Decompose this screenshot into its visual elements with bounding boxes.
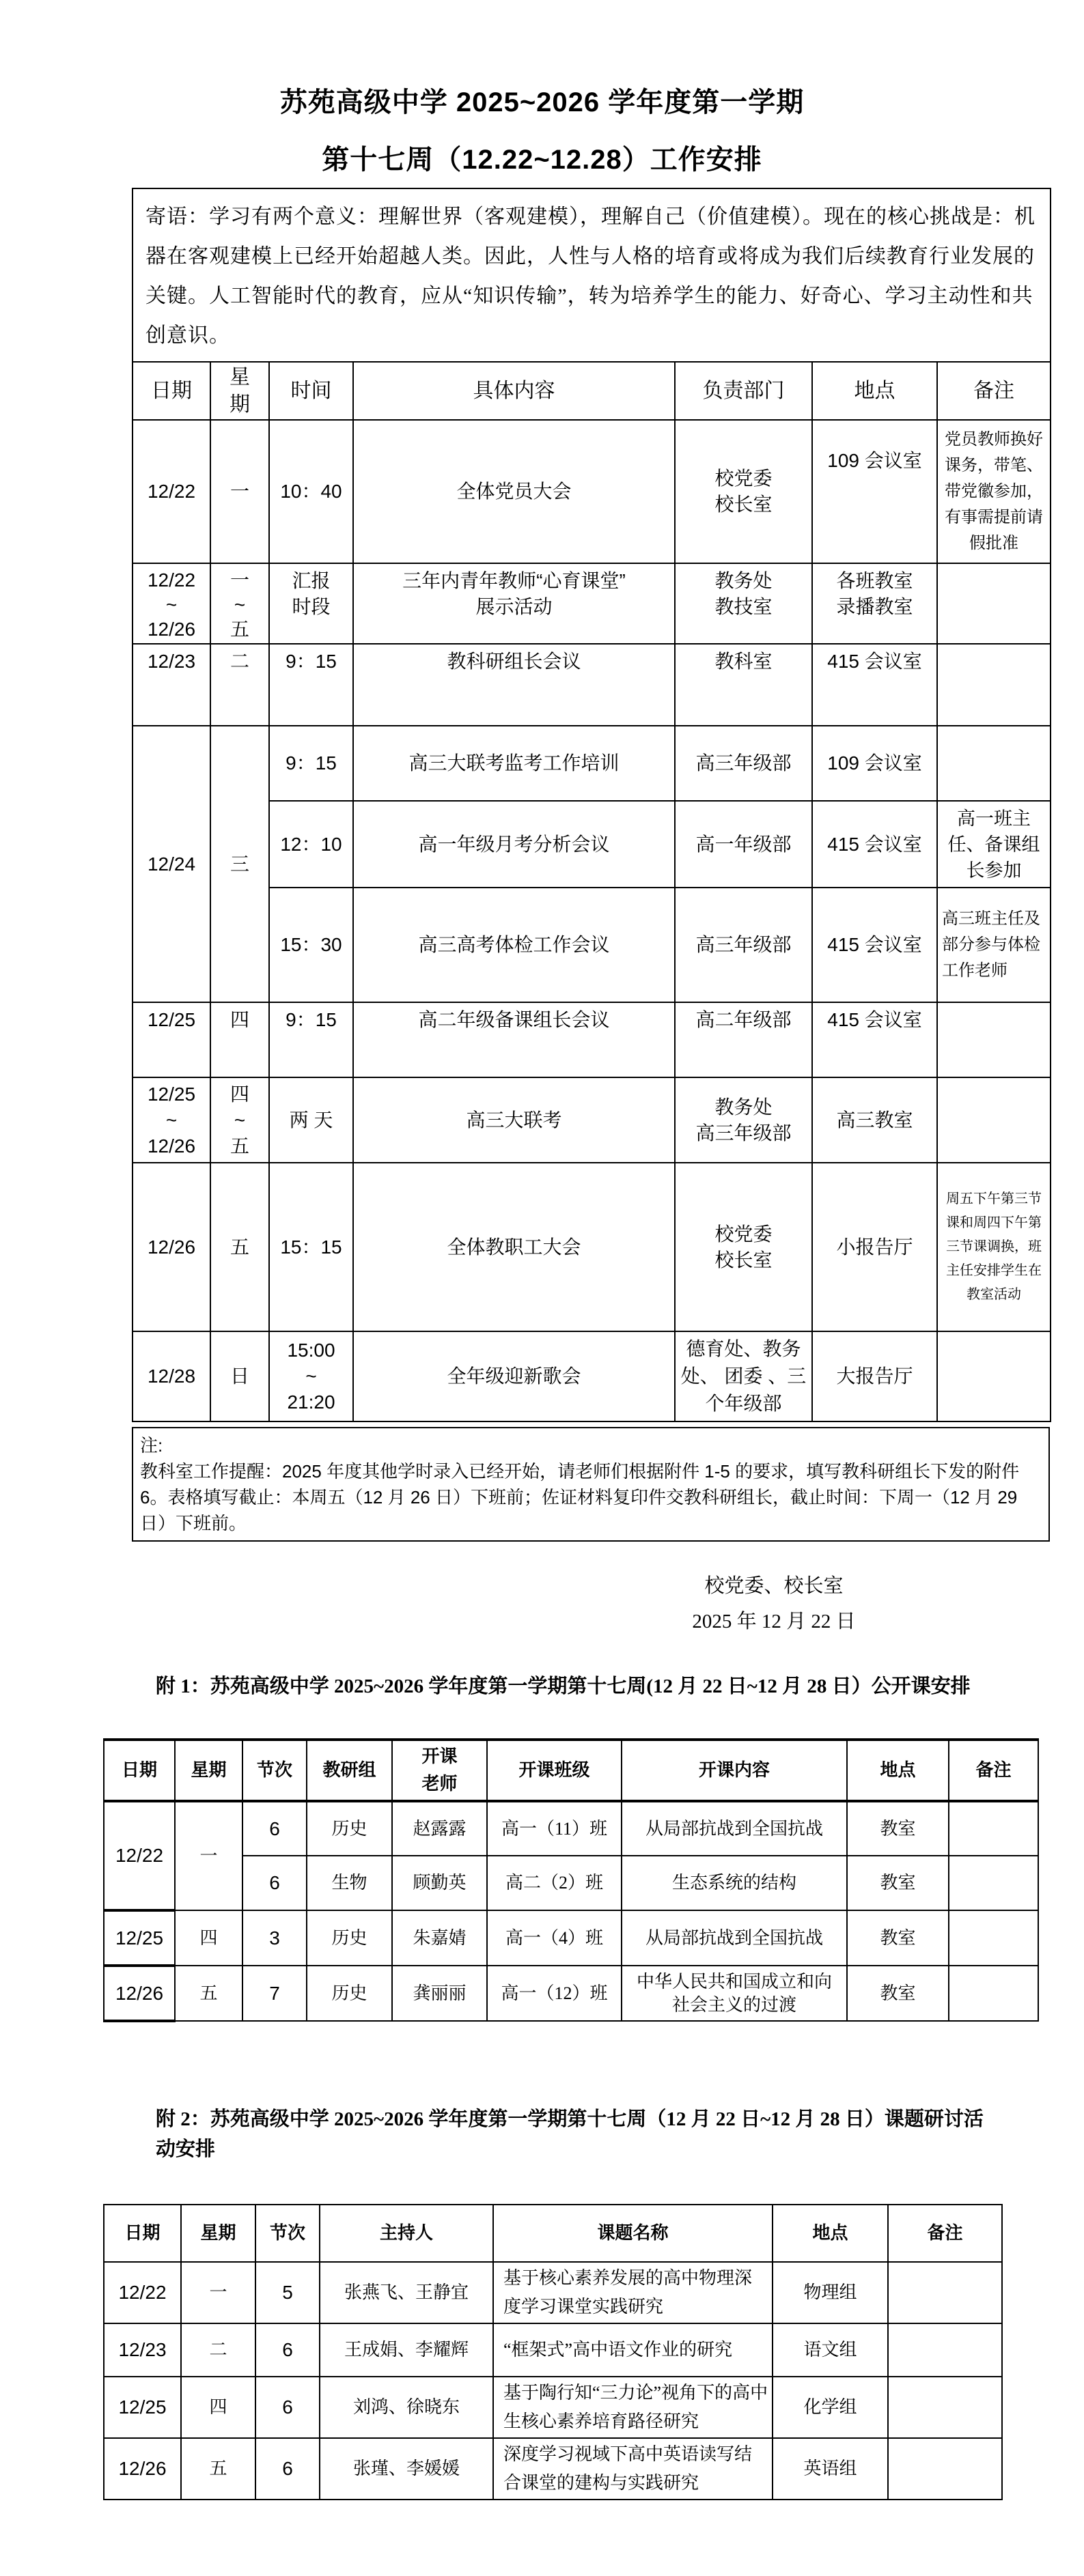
date-cell: 12/26 [104, 2438, 181, 2500]
content-cell: 从局部抗战到全国抗战 [622, 1910, 847, 1966]
location-cell: 物理组 [773, 2262, 888, 2323]
remark-cell [949, 1801, 1038, 1856]
col-teacher: 开课 老师 [392, 1740, 487, 1801]
schedule-row: 12/22 ~ 12/26 一 ~ 五 汇报 时段 三年内青年教师“心育课堂” … [133, 563, 1051, 644]
remark-cell [888, 2377, 1002, 2438]
class-cell: 高一（12）班 [487, 1966, 622, 2021]
remark-cell: 党员教师换好课务，带笔、带党徽参加，有事需提前请假批准 [937, 420, 1051, 563]
dept-cell: 高二年级部 [675, 1002, 812, 1077]
schedule-row: 12/24 三 9：15 高三大联考监考工作培训 高三年级部 109 会议室 [133, 726, 1051, 801]
schedule-row: 12/25 四 9：15 高二年级备课组长会议 高二年级部 415 会议室 [133, 1002, 1051, 1077]
col-remark: 备注 [949, 1740, 1038, 1801]
date-cell: 12/28 [133, 1331, 210, 1421]
topic-cell: 基于陶行知“三力论”视角下的高中生核心素养培育路径研究 [493, 2377, 773, 2438]
remark-cell [888, 2323, 1002, 2377]
col-period: 节次 [255, 2205, 320, 2262]
location-cell: 415 会议室 [812, 1002, 937, 1077]
date-cell: 12/25 [104, 2377, 181, 2438]
content-cell: 从局部抗战到全国抗战 [622, 1801, 847, 1856]
period-cell: 6 [242, 1801, 307, 1856]
weekday-cell: 五 [210, 1163, 269, 1331]
class-cell: 高一（11）班 [487, 1801, 622, 1856]
col-location: 地点 [812, 362, 937, 420]
weekday-cell: 二 [210, 644, 269, 726]
col-remark: 备注 [888, 2205, 1002, 2262]
time-cell: 9：15 [269, 1002, 353, 1077]
weekday-cell: 一 [210, 420, 269, 563]
date-cell: 12/25 [104, 1910, 175, 1966]
open-class-row: 12/22 一 6 历史 赵露露 高一（11）班 从局部抗战到全国抗战 教室 [104, 1801, 1038, 1856]
document-title-line2: 第十七周（12.22~12.28）工作安排 [0, 138, 1084, 177]
content-cell: 全年级迎新歌会 [353, 1331, 675, 1421]
schedule-header-row: 日期 星 期 时间 具体内容 负责部门 地点 备注 [133, 362, 1051, 420]
location-cell: 各班教室 录播教室 [812, 563, 937, 644]
content-cell: 高三高考体检工作会议 [353, 888, 675, 1002]
remark-cell [937, 1077, 1051, 1163]
remark-cell [888, 2438, 1002, 2500]
col-content: 具体内容 [353, 362, 675, 420]
col-location: 地点 [773, 2205, 888, 2262]
weekday-cell: 三 [210, 726, 269, 1002]
period-cell: 3 [242, 1910, 307, 1966]
time-cell: 10：40 [269, 420, 353, 563]
content-cell: 全体教职工大会 [353, 1163, 675, 1331]
topic-cell: 基于核心素养发展的高中物理深度学习课堂实践研究 [493, 2262, 773, 2323]
topic-cell: “框架式”高中语文作业的研究 [493, 2323, 773, 2377]
weekday-cell: 一 [181, 2262, 255, 2323]
class-cell: 高一（4）班 [487, 1910, 622, 1966]
host-cell: 张瑾、李媛媛 [320, 2438, 493, 2500]
location-cell: 109 会议室 [812, 420, 937, 563]
motto-text: 学习有两个意义：理解世界（客观建模），理解自己（价值建模）。现在的核心挑战是：机… [145, 206, 1036, 347]
research-activity-table: 日期 星期 节次 主持人 课题名称 地点 备注 12/22 一 5 张燕飞、王静… [103, 2204, 1003, 2500]
content-cell: 三年内青年教师“心育课堂” 展示活动 [353, 563, 675, 644]
dept-cell: 德育处、教务处、 团委 、三个年级部 [675, 1331, 812, 1421]
content-cell: 生态系统的结构 [622, 1856, 847, 1910]
date-cell: 12/23 [104, 2323, 181, 2377]
note-box: 注: 教科室工作提醒：2025 年度其他学时录入已经开始，请老师们根据附件 1-… [132, 1427, 1050, 1542]
schedule-row: 12/23 二 9：15 教科研组长会议 教科室 415 会议室 [133, 644, 1051, 726]
col-date: 日期 [133, 362, 210, 420]
date-cell: 12/22 [133, 420, 210, 563]
date-cell: 12/22 [104, 1801, 175, 1910]
col-weekday: 星 期 [210, 362, 269, 420]
remark-cell [937, 644, 1051, 726]
group-cell: 历史 [307, 1966, 392, 2021]
period-cell: 6 [242, 1856, 307, 1910]
open-class-header-row: 日期 星期 节次 教研组 开课 老师 开课班级 开课内容 地点 备注 [104, 1740, 1038, 1801]
open-class-table: 日期 星期 节次 教研组 开课 老师 开课班级 开课内容 地点 备注 12/22… [103, 1738, 1039, 2022]
schedule-row: 12/22 一 10：40 全体党员大会 校党委 校长室 109 会议室 党员教… [133, 420, 1051, 563]
note-text: 教科室工作提醒：2025 年度其他学时录入已经开始，请老师们根据附件 1-5 的… [140, 1458, 1042, 1536]
period-cell: 5 [255, 2262, 320, 2323]
location-cell: 语文组 [773, 2323, 888, 2377]
col-host: 主持人 [320, 2205, 493, 2262]
research-row: 12/26 五 6 张瑾、李媛媛 深度学习视域下高中英语读写结合课堂的建构与实践… [104, 2438, 1002, 2500]
dept-cell: 校党委 校长室 [675, 1163, 812, 1331]
open-class-row: 6 生物 顾勤英 高二（2）班 生态系统的结构 教室 [104, 1856, 1038, 1910]
content-cell: 高一年级月考分析会议 [353, 801, 675, 888]
date-cell: 12/23 [133, 644, 210, 726]
teacher-cell: 赵露露 [392, 1801, 487, 1856]
weekday-cell: 日 [210, 1331, 269, 1421]
weekday-cell: 一 [175, 1801, 242, 1910]
location-cell: 大报告厅 [812, 1331, 937, 1421]
teacher-cell: 顾勤英 [392, 1856, 487, 1910]
content-cell: 高三大联考 [353, 1077, 675, 1163]
location-cell: 415 会议室 [812, 644, 937, 726]
col-time: 时间 [269, 362, 353, 420]
remark-cell: 周五下午第三节课和周四下午第三节课调换，班主任安排学生在教室活动 [937, 1163, 1051, 1331]
schedule-row: 12/28 日 15:00 ~ 21:20 全年级迎新歌会 德育处、教务处、 团… [133, 1331, 1051, 1421]
time-cell: 9：15 [269, 726, 353, 801]
remark-cell [949, 1910, 1038, 1966]
location-cell: 教室 [847, 1801, 949, 1856]
time-cell: 15：15 [269, 1163, 353, 1331]
date-cell: 12/25 [133, 1002, 210, 1077]
weekday-cell: 五 [181, 2438, 255, 2500]
open-class-row: 12/26 五 7 历史 龚丽丽 高一（12）班 中华人民共和国成立和向社会主义… [104, 1966, 1038, 2021]
host-cell: 王成娟、李耀辉 [320, 2323, 493, 2377]
date-cell: 12/26 [133, 1163, 210, 1331]
dept-cell: 教务处 教技室 [675, 563, 812, 644]
document-title-line1: 苏苑高级中学 2025~2026 学年度第一学期 [0, 81, 1084, 119]
time-cell: 12：10 [269, 801, 353, 888]
content-cell: 教科研组长会议 [353, 644, 675, 726]
host-cell: 张燕飞、王静宜 [320, 2262, 493, 2323]
location-cell: 415 会议室 [812, 801, 937, 888]
open-class-row: 12/25 四 3 历史 朱嘉婧 高一（4）班 从局部抗战到全国抗战 教室 [104, 1910, 1038, 1966]
remark-cell [888, 2262, 1002, 2323]
period-cell: 7 [242, 1966, 307, 2021]
weekday-cell: 四 [181, 2377, 255, 2438]
group-cell: 历史 [307, 1910, 392, 1966]
time-cell: 9：15 [269, 644, 353, 726]
col-remark: 备注 [937, 362, 1051, 420]
weekday-cell: 一 ~ 五 [210, 563, 269, 644]
motto-label: 寄语： [145, 206, 209, 228]
schedule-row: 15：30 高三高考体检工作会议 高三年级部 415 会议室 高三班主任及部分参… [133, 888, 1051, 1002]
col-content: 开课内容 [622, 1740, 847, 1801]
note-label: 注: [140, 1432, 1042, 1458]
time-cell: 15:00 ~ 21:20 [269, 1331, 353, 1421]
remark-cell: 高三班主任及部分参与体检工作老师 [937, 888, 1051, 1002]
location-cell: 小报告厅 [812, 1163, 937, 1331]
location-cell: 高三教室 [812, 1077, 937, 1163]
weekday-cell: 四 ~ 五 [210, 1077, 269, 1163]
remark-cell: 高一班主任、备课组长参加 [937, 801, 1051, 888]
period-cell: 6 [255, 2323, 320, 2377]
period-cell: 6 [255, 2377, 320, 2438]
class-cell: 高二（2）班 [487, 1856, 622, 1910]
research-row: 12/22 一 5 张燕飞、王静宜 基于核心素养发展的高中物理深度学习课堂实践研… [104, 2262, 1002, 2323]
content-cell: 中华人民共和国成立和向社会主义的过渡 [622, 1966, 847, 2021]
date-cell: 12/22 ~ 12/26 [133, 563, 210, 644]
attachment1-title: 附 1：苏苑高级中学 2025~2026 学年度第一学期第十七周(12 月 22… [156, 1671, 1003, 1701]
weekday-cell: 四 [210, 1002, 269, 1077]
location-cell: 教室 [847, 1966, 949, 2021]
host-cell: 刘鸿、徐晓东 [320, 2377, 493, 2438]
content-cell: 高三大联考监考工作培训 [353, 726, 675, 801]
dept-cell: 教科室 [675, 644, 812, 726]
time-cell: 15：30 [269, 888, 353, 1002]
content-cell: 全体党员大会 [353, 420, 675, 563]
dept-cell: 高三年级部 [675, 726, 812, 801]
col-topic: 课题名称 [493, 2205, 773, 2262]
signature-date: 2025 年 12 月 22 日 [637, 1606, 911, 1634]
col-period: 节次 [242, 1740, 307, 1801]
col-dept: 负责部门 [675, 362, 812, 420]
col-class: 开课班级 [487, 1740, 622, 1801]
research-row: 12/25 四 6 刘鸿、徐晓东 基于陶行知“三力论”视角下的高中生核心素养培育… [104, 2377, 1002, 2438]
col-weekday: 星期 [181, 2205, 255, 2262]
weekday-cell: 四 [175, 1910, 242, 1966]
teacher-cell: 朱嘉婧 [392, 1910, 487, 1966]
remark-cell [949, 1856, 1038, 1910]
dept-cell: 校党委 校长室 [675, 420, 812, 563]
col-date: 日期 [104, 2205, 181, 2262]
period-cell: 6 [255, 2438, 320, 2500]
group-cell: 生物 [307, 1856, 392, 1910]
weekly-schedule-table: 寄语：学习有两个意义：理解世界（客观建模），理解自己（价值建模）。现在的核心挑战… [132, 188, 1051, 1422]
location-cell: 教室 [847, 1856, 949, 1910]
location-cell: 教室 [847, 1910, 949, 1966]
dept-cell: 教务处 高三年级部 [675, 1077, 812, 1163]
col-location: 地点 [847, 1740, 949, 1801]
location-cell: 415 会议室 [812, 888, 937, 1002]
topic-cell: 深度学习视域下高中英语读写结合课堂的建构与实践研究 [493, 2438, 773, 2500]
content-cell: 高二年级备课组长会议 [353, 1002, 675, 1077]
date-cell: 12/22 [104, 2262, 181, 2323]
dept-cell: 高三年级部 [675, 888, 812, 1002]
research-row: 12/23 二 6 王成娟、李耀辉 “框架式”高中语文作业的研究 语文组 [104, 2323, 1002, 2377]
date-cell: 12/25 ~ 12/26 [133, 1077, 210, 1163]
location-cell: 英语组 [773, 2438, 888, 2500]
remark-cell [949, 1966, 1038, 2021]
schedule-row: 12/25 ~ 12/26 四 ~ 五 两 天 高三大联考 教务处 高三年级部 … [133, 1077, 1051, 1163]
col-date: 日期 [104, 1740, 175, 1801]
location-cell: 化学组 [773, 2377, 888, 2438]
date-cell: 12/24 [133, 726, 210, 1002]
attachment2-title: 附 2：苏苑高级中学 2025~2026 学年度第一学期第十七周（12 月 22… [156, 2104, 1003, 2164]
teacher-cell: 龚丽丽 [392, 1966, 487, 2021]
group-cell: 历史 [307, 1801, 392, 1856]
remark-cell [937, 1331, 1051, 1421]
weekday-cell: 五 [175, 1966, 242, 2021]
motto-cell: 寄语：学习有两个意义：理解世界（客观建模），理解自己（价值建模）。现在的核心挑战… [133, 188, 1051, 362]
remark-cell [937, 563, 1051, 644]
signature-org: 校党委、校长室 [637, 1570, 911, 1598]
col-group: 教研组 [307, 1740, 392, 1801]
remark-cell [937, 1002, 1051, 1077]
weekday-cell: 二 [181, 2323, 255, 2377]
research-header-row: 日期 星期 节次 主持人 课题名称 地点 备注 [104, 2205, 1002, 2262]
time-cell: 两 天 [269, 1077, 353, 1163]
time-cell: 汇报 时段 [269, 563, 353, 644]
location-cell: 109 会议室 [812, 726, 937, 801]
col-weekday: 星期 [175, 1740, 242, 1801]
schedule-row: 12：10 高一年级月考分析会议 高一年级部 415 会议室 高一班主任、备课组… [133, 801, 1051, 888]
schedule-row: 12/26 五 15：15 全体教职工大会 校党委 校长室 小报告厅 周五下午第… [133, 1163, 1051, 1331]
dept-cell: 高一年级部 [675, 801, 812, 888]
date-cell: 12/26 [104, 1966, 175, 2021]
remark-cell [937, 726, 1051, 801]
